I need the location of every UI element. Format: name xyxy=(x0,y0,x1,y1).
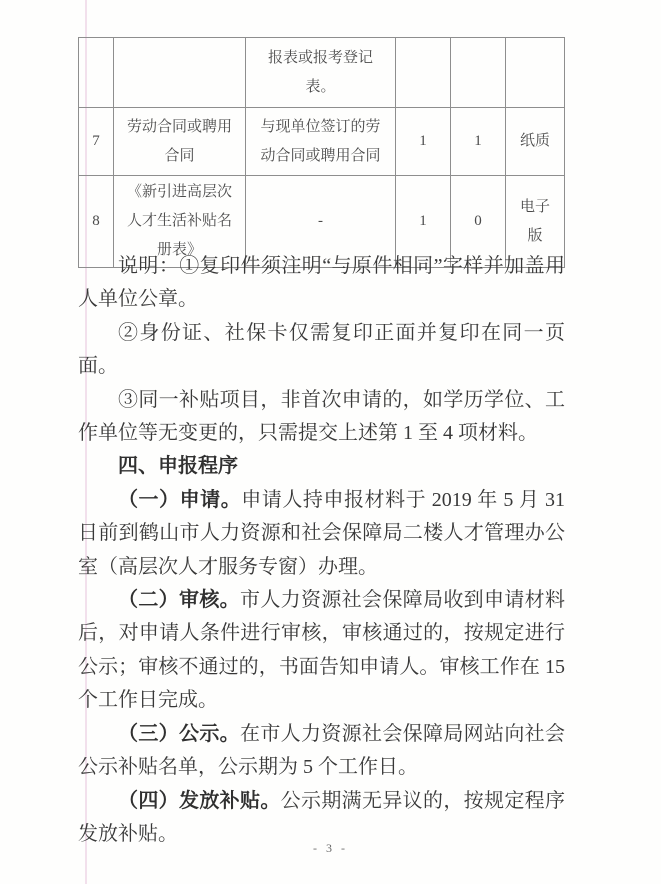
cell-copies-a: 1 xyxy=(396,108,451,176)
page-number: - 3 - xyxy=(0,841,661,856)
note-2: ②身份证、社保卡仅需复印正面并复印在同一页面。 xyxy=(78,317,565,384)
procedure-item-2: （二）审核。市人力资源社会保障局收到申请材料后，对申请人条件进行审核，审核通过的… xyxy=(78,584,565,718)
note-1: 说明：①复印件须注明“与原件相同”字样并加盖用人单位公章。 xyxy=(78,250,565,317)
cell-format xyxy=(506,38,565,108)
cell-format: 纸质 xyxy=(506,108,565,176)
table-row-continuation: 报表或报考登记表。 xyxy=(79,38,565,108)
document-page: 报表或报考登记表。 7 劳动合同或聘用合同 与现单位签订的劳动合同或聘用合同 1… xyxy=(0,0,661,884)
cell-material-desc: 报表或报考登记表。 xyxy=(246,38,396,108)
cell-material-name xyxy=(114,38,246,108)
procedure-item-3-label: （三）公示。 xyxy=(118,723,240,745)
procedure-item-3: （三）公示。在市人力资源社会保障局网站向社会公示补贴名单，公示期为 5 个工作日… xyxy=(78,718,565,785)
cell-row-number xyxy=(79,38,114,108)
note-3: ③同一补贴项目，非首次申请的，如学历学位、工作单位等无变更的，只需提交上述第 1… xyxy=(78,384,565,451)
cell-material-name: 劳动合同或聘用合同 xyxy=(114,108,246,176)
cell-row-number: 7 xyxy=(79,108,114,176)
cell-copies-a xyxy=(396,38,451,108)
materials-table: 报表或报考登记表。 7 劳动合同或聘用合同 与现单位签订的劳动合同或聘用合同 1… xyxy=(78,37,565,268)
procedure-item-1-label: （一）申请。 xyxy=(118,489,241,511)
procedure-item-1: （一）申请。申请人持申报材料于 2019 年 5 月 31 日前到鹤山市人力资源… xyxy=(78,484,565,584)
cell-copies-b xyxy=(451,38,506,108)
cell-copies-b: 1 xyxy=(451,108,506,176)
procedure-item-2-label: （二）审核。 xyxy=(118,589,240,611)
procedure-item-4-label: （四）发放补贴。 xyxy=(118,790,281,812)
cell-material-desc: 与现单位签订的劳动合同或聘用合同 xyxy=(246,108,396,176)
section-heading: 四、申报程序 xyxy=(78,450,565,483)
document-body: 说明：①复印件须注明“与原件相同”字样并加盖用人单位公章。 ②身份证、社保卡仅需… xyxy=(78,250,565,851)
table-row-7: 7 劳动合同或聘用合同 与现单位签订的劳动合同或聘用合同 1 1 纸质 xyxy=(79,108,565,176)
section-heading-text: 四、申报程序 xyxy=(118,455,238,477)
